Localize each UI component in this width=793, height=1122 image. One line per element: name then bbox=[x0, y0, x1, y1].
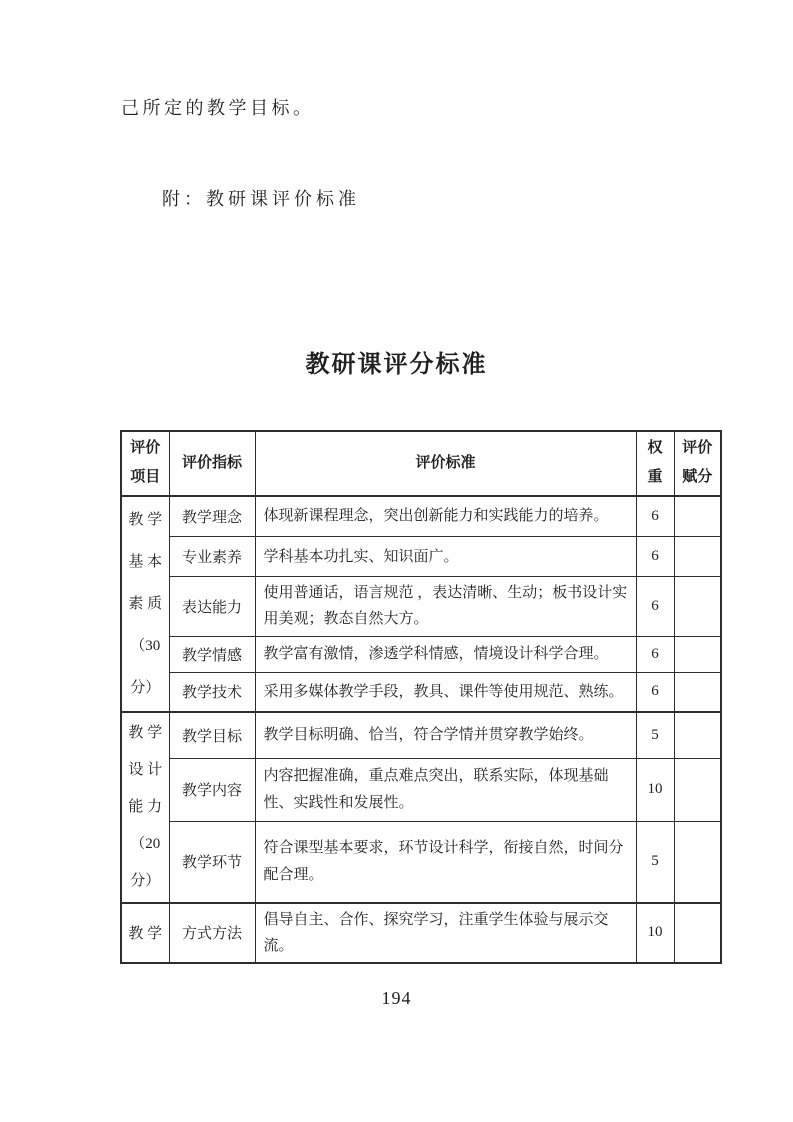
table-row: 专业素养 学科基本功扎实、知识面广。 6 bbox=[121, 537, 721, 577]
header-indicator: 评价指标 bbox=[169, 431, 255, 496]
table-row: 教学情感 教学富有激情，渗透学科情感，情境设计科学合理。 6 bbox=[121, 636, 721, 672]
table-row: 教 学 设 计 能 力 （20 分） 教学目标 教学目标明确、恰当，符合学情并贯… bbox=[121, 712, 721, 759]
indicator-cell: 教学内容 bbox=[169, 758, 255, 821]
indicator-cell: 教学技术 bbox=[169, 672, 255, 711]
weight-cell: 6 bbox=[636, 537, 674, 577]
score-cell bbox=[674, 577, 721, 637]
weight-cell: 10 bbox=[636, 758, 674, 821]
weight-cell: 6 bbox=[636, 672, 674, 711]
score-cell bbox=[674, 758, 721, 821]
indicator-cell: 方式方法 bbox=[169, 903, 255, 964]
standard-cell: 教学富有激情，渗透学科情感，情境设计科学合理。 bbox=[255, 636, 636, 672]
indicator-cell: 教学环节 bbox=[169, 821, 255, 903]
weight-cell: 5 bbox=[636, 821, 674, 903]
evaluation-criteria-table: 评价 项目 评价指标 评价标准 权 重 评价 赋分 教 学 基 本 素 质 （3… bbox=[120, 430, 722, 964]
body-paragraph: 己所定的教学目标。 bbox=[121, 95, 315, 122]
weight-cell: 6 bbox=[636, 636, 674, 672]
weight-cell: 6 bbox=[636, 496, 674, 537]
header-project: 评价 项目 bbox=[121, 431, 169, 496]
document-page: 己所定的教学目标。 附：教研课评价标准 教研课评分标准 评价 项目 评价指标 评… bbox=[0, 0, 793, 1122]
table-row: 教学环节 符合课型基本要求，环节设计科学，衔接自然，时间分配合理。 5 bbox=[121, 821, 721, 903]
indicator-cell: 教学理念 bbox=[169, 496, 255, 537]
score-cell bbox=[674, 821, 721, 903]
score-cell bbox=[674, 903, 721, 964]
header-score: 评价 赋分 bbox=[674, 431, 721, 496]
table-header-row: 评价 项目 评价指标 评价标准 权 重 评价 赋分 bbox=[121, 431, 721, 496]
score-cell bbox=[674, 537, 721, 577]
page-number: 194 bbox=[0, 988, 793, 1009]
table-row: 教学内容 内容把握准确，重点难点突出，联系实际，体现基础性、实践性和发展性。 1… bbox=[121, 758, 721, 821]
standard-cell: 教学目标明确、恰当，符合学情并贯穿教学始终。 bbox=[255, 712, 636, 759]
indicator-cell: 专业素养 bbox=[169, 537, 255, 577]
standard-cell: 倡导自主、合作、探究学习，注重学生体验与展示交流。 bbox=[255, 903, 636, 964]
score-cell bbox=[674, 672, 721, 711]
weight-cell: 10 bbox=[636, 903, 674, 964]
group-label-cell: 教 学 设 计 能 力 （20 分） bbox=[121, 712, 169, 903]
score-cell bbox=[674, 636, 721, 672]
weight-cell: 5 bbox=[636, 712, 674, 759]
standard-cell: 体现新课程理念，突出创新能力和实践能力的培养。 bbox=[255, 496, 636, 537]
score-cell bbox=[674, 712, 721, 759]
indicator-cell: 教学情感 bbox=[169, 636, 255, 672]
table-row: 表达能力 使用普通话，语言规范 ，表达清晰、生动；板书设计实用美观；教态自然大方… bbox=[121, 577, 721, 637]
group-label-cell: 教 学 基 本 素 质 （30 分） bbox=[121, 496, 169, 712]
table-row: 教学技术 采用多媒体教学手段，教具、课件等使用规范、熟练。 6 bbox=[121, 672, 721, 711]
page-title: 教研课评分标准 bbox=[0, 349, 793, 381]
indicator-cell: 表达能力 bbox=[169, 577, 255, 637]
table-row: 教 学 基 本 素 质 （30 分） 教学理念 体现新课程理念，突出创新能力和实… bbox=[121, 496, 721, 537]
attachment-note: 附：教研课评价标准 bbox=[162, 186, 360, 213]
standard-cell: 使用普通话，语言规范 ，表达清晰、生动；板书设计实用美观；教态自然大方。 bbox=[255, 577, 636, 637]
header-weight: 权 重 bbox=[636, 431, 674, 496]
standard-cell: 符合课型基本要求，环节设计科学，衔接自然，时间分配合理。 bbox=[255, 821, 636, 903]
standard-cell: 采用多媒体教学手段，教具、课件等使用规范、熟练。 bbox=[255, 672, 636, 711]
weight-cell: 6 bbox=[636, 577, 674, 637]
score-cell bbox=[674, 496, 721, 537]
indicator-cell: 教学目标 bbox=[169, 712, 255, 759]
group-label-cell: 教 学 bbox=[121, 903, 169, 964]
standard-cell: 学科基本功扎实、知识面广。 bbox=[255, 537, 636, 577]
table-row: 教 学 方式方法 倡导自主、合作、探究学习，注重学生体验与展示交流。 10 bbox=[121, 903, 721, 964]
header-standard: 评价标准 bbox=[255, 431, 636, 496]
standard-cell: 内容把握准确，重点难点突出，联系实际，体现基础性、实践性和发展性。 bbox=[255, 758, 636, 821]
